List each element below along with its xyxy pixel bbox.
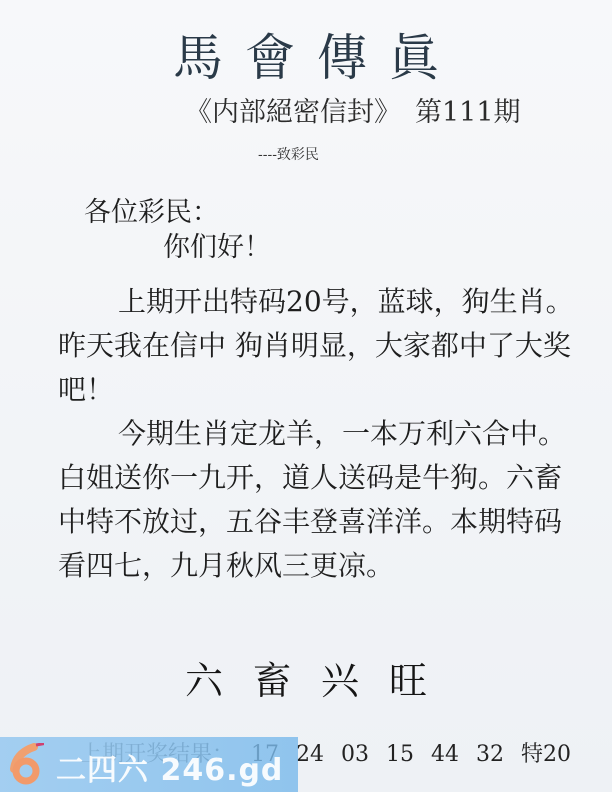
result-number: 24 xyxy=(296,742,324,767)
slogan: 六畜兴旺 xyxy=(0,650,612,705)
result-number: 15 xyxy=(386,742,414,767)
page-title: 馬會傳眞 xyxy=(0,18,612,90)
watermark-banner: 二四六 246.gd xyxy=(0,737,298,792)
watermark-text: 二四六 246.gd xyxy=(56,745,283,789)
special-number: 特20 xyxy=(521,742,571,767)
result-number: 03 xyxy=(341,742,369,767)
six-logo-icon xyxy=(8,743,44,785)
issue-number: 第111期 xyxy=(415,97,521,128)
document-page: 馬會傳眞 《内部絕密信封》第111期 ----致彩民 各位彩民： 你们好！ 上期… xyxy=(0,0,612,792)
result-number: 44 xyxy=(431,742,459,767)
paragraph: 今期生肖定龙羊，一本万利六合中。白姐送你一九开，道人送码是牛狗。六畜中特不放过，… xyxy=(58,412,578,588)
result-number: 32 xyxy=(476,742,504,767)
greeting: 各位彩民： xyxy=(84,190,219,229)
subtitle: 《内部絕密信封》第111期 xyxy=(185,90,521,129)
recipient-line: ----致彩民 xyxy=(258,144,319,164)
paragraph: 上期开出特码20号，蓝球，狗生肖。昨天我在信中 狗肖明显，大家都中了大奖吧！ xyxy=(58,280,578,412)
salutation: 你们好！ xyxy=(163,225,271,264)
subtitle-label: 《内部絕密信封》 xyxy=(185,97,401,128)
letter-body: 上期开出特码20号，蓝球，狗生肖。昨天我在信中 狗肖明显，大家都中了大奖吧！ 今… xyxy=(58,280,578,588)
